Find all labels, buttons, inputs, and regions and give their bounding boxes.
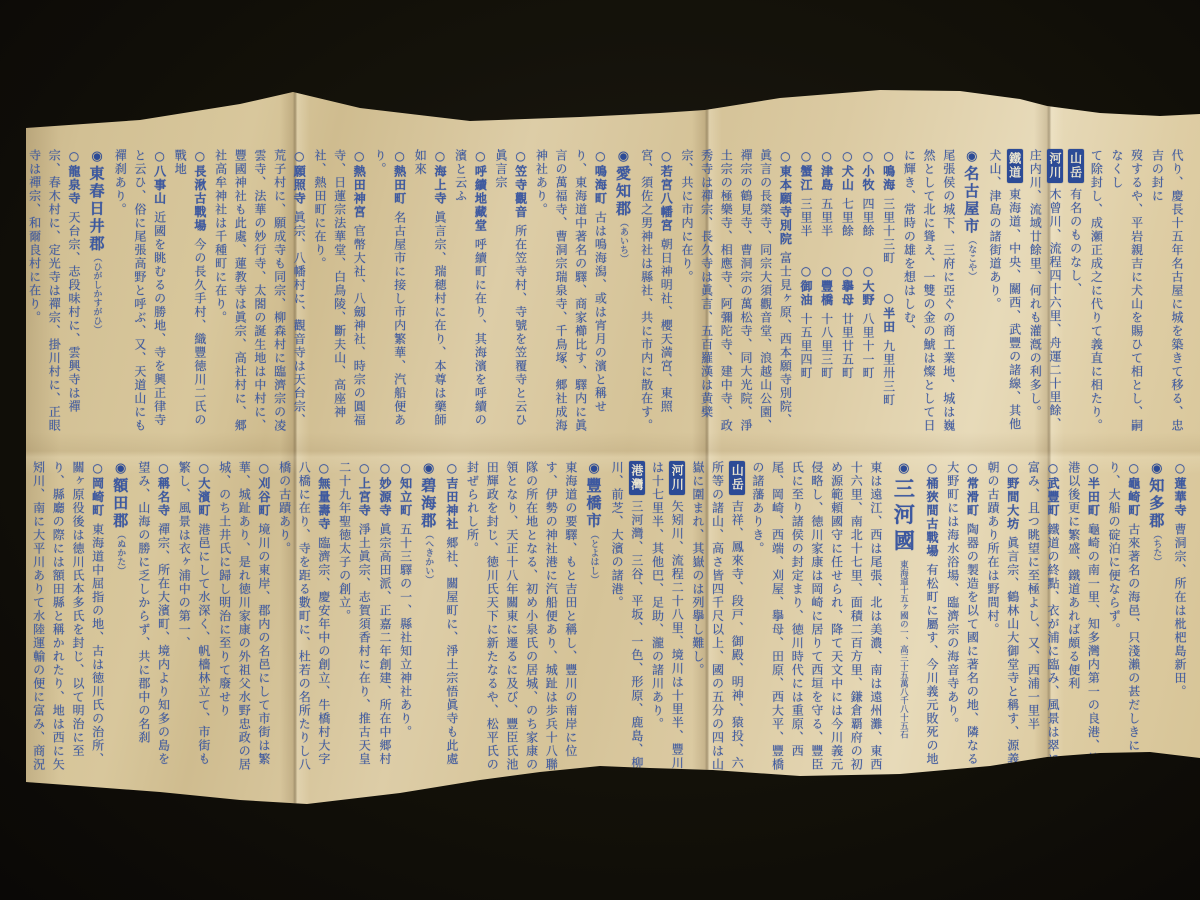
segment-entry: ○無量壽寺臨濟宗、慶安年中の創立、牛橋村大字八橋に在り、寺を距る數町に、杜若の名… (274, 461, 333, 779)
entry-marker-icon: ○ (257, 461, 271, 477)
entry-marker-icon: ○ (820, 149, 834, 165)
entry-marker-icon: ○ (153, 149, 167, 165)
entry-name: 擧母 (840, 280, 854, 307)
segment-pair: ○津島五里半○豐橋十八里三町 (816, 149, 836, 439)
segment-plain: 東海道の要驛、もと吉田と稱し、豐川の南岸に位す、伊勢の神社港に汽船便あり、城趾は… (462, 461, 580, 779)
section-marker-icon: ◉ (113, 461, 128, 478)
entry-name: 武豐町 (1046, 477, 1060, 518)
entry-name: 犬山 (840, 165, 854, 192)
entry-marker-icon: ○ (357, 461, 371, 477)
segment-entry: ○笠寺觀音所在笠寺村、寺號を笠覆寺と云ひ眞言宗 (490, 149, 529, 439)
entry-distance: 七里餘 (840, 198, 854, 239)
entry-name: 常滑町 (965, 477, 979, 518)
segment-entry: ○刈谷町境川の東岸、郡内の名邑にして市街は繁華、城趾あり、是れ徳川家康の外祖父水… (214, 461, 273, 779)
segment-box: 河川木曾川、流程四十六里、舟運二十里餘、庄内川、流域廿餘里、何れも灌漑の利多し。 (1025, 149, 1064, 439)
paragraph-text: 東海道、中央、關西、武豐の諸線、其他犬山、津島の諸街道あり。 (988, 149, 1022, 431)
segment-plain: 尾張侯の城下、三府に亞ぐの商工業地、城は巍然として北に聳え、一雙の金の鯱は燦とし… (899, 149, 958, 439)
segment-section: ◉東春日井郡（ひがしかすがひ） (84, 149, 109, 439)
entry-name: 願照寺 (292, 165, 306, 206)
entry-marker-icon: ○ (778, 149, 792, 165)
section-marker-icon: ◉ (896, 461, 911, 478)
entry-marker-icon: ○ (193, 149, 207, 165)
fold-crease-right (1034, 0, 1064, 900)
segment-entry: ○蓮華寺曹洞宗、所在は枇杷島新田。 (1169, 461, 1189, 779)
entry-marker-icon: ○ (399, 461, 413, 477)
entry-text: 五十三驛の一、縣社知立神社あり。 (399, 523, 413, 739)
text-band-top: 代り、慶長十五年名古屋に城を築きて移る、忠吉の封に歿するや、平岩親吉に犬山を賜ひ… (95, 149, 1187, 439)
entry-distance: 三里十三町 (882, 198, 896, 266)
entry-marker-icon: ○ (820, 264, 834, 280)
segment-section: ◉名古屋市（なこや） (959, 149, 984, 439)
section-title: 名古屋市 (962, 166, 980, 236)
entry-marker-icon: ○ (1006, 461, 1020, 477)
segment-entry: ○龜崎町古來著名の海邑、只淺瀨の甚だしきにより、大船の碇泊に便ならず。 (1103, 461, 1142, 779)
segment-entry: ○妙源寺眞宗高田派、正嘉二年創建、所在中郷村 (374, 461, 394, 779)
entry-marker-icon: ○ (514, 149, 528, 165)
pair-gap (840, 238, 854, 264)
segment-entry: ○願照寺眞宗、八幡村に、觀音寺は天台宗、荒子村に、願成寺も同宗、柳森村に臨濟宗の… (210, 149, 308, 439)
segment-entry: ○龍泉寺天台宗、志段味村に、雲興寺は禪宗、春木村に、定光寺は禪宗、掛川村に、正眼… (24, 149, 83, 439)
entry-distance: 十八里三町 (820, 313, 834, 381)
entry-name: 吉田神社 (445, 477, 459, 531)
section-marker-icon: ◉ (90, 149, 105, 166)
entry-marker-icon: ○ (352, 149, 366, 165)
section-marker-icon: ◉ (587, 461, 602, 478)
entry-name: 鳴海 (882, 165, 896, 192)
paragraph-text: 三河灣、三谷、平坂、一色、形原、鹿島、柳川、前芝、大濱の諸港。 (610, 461, 644, 770)
paragraph-text: 木曾川、流程四十六里、舟運二十里餘、庄内川、流域廿餘里、何れも灌漑の利多し。 (1028, 149, 1062, 431)
entry-name: 内津神社 (7, 165, 21, 219)
entry-name: 龜崎町 (1127, 477, 1141, 518)
entry-text: 眞宗高田派、正嘉二年創建、所在中郷村 (378, 523, 392, 766)
entry-marker-icon: ○ (1173, 461, 1187, 477)
segment-plain: 代り、慶長十五年名古屋に城を築きて移る、忠吉の封に (1147, 149, 1186, 439)
entry-name: 八事山 (153, 165, 167, 206)
section-title: 愛知郡 (614, 166, 632, 219)
entry-marker-icon: ○ (433, 149, 447, 165)
entry-name: 長湫古戰場 (193, 165, 207, 233)
entry-name: 岡崎町 (91, 477, 105, 518)
segment-box: 鐵道東海道、中央、關西、武豐の諸線、其他犬山、津島の諸街道あり。 (984, 149, 1023, 439)
section-title: 三河國 (891, 478, 915, 556)
entry-name: 桶狹間古戰場 (925, 477, 939, 558)
segment-entry: ○八事山近國を眺むるの勝地、寺を興正律寺と云ひ、俗に尾張高野と呼ぶ、又、天道山に… (110, 149, 169, 439)
box-header-label: 港灣 (629, 461, 645, 495)
segment-pair: ○蟹江三里半○御油十五里四町 (795, 149, 815, 439)
entry-name: 野間大坊 (1006, 477, 1020, 531)
entry-marker-icon: ○ (925, 461, 939, 477)
segment-section: ◉知多郡（ちた） (1144, 461, 1169, 779)
entry-marker-icon: ○ (393, 149, 407, 165)
segment-entry: ○知立町五十三驛の一、縣社知立神社あり。 (395, 461, 415, 779)
section-note: 東海道十五ヶ國の一、高三十五萬八千八十五石 (898, 560, 908, 739)
entry-name: 稱名寺 (157, 477, 171, 518)
segment-plain: 東は遠江、西は尾張、北は美濃、南は遠州灘、東西十六里、南北十七里、面積二百方里、… (747, 461, 885, 779)
entry-name: 半田町 (1086, 477, 1100, 518)
segment-section: ◉額田郡（ぬかた） (108, 461, 133, 779)
entry-name: 刈谷町 (257, 477, 271, 518)
pair-gap (820, 238, 834, 264)
entry-text: 曹洞宗、所在は枇杷島新田。 (1173, 523, 1187, 699)
entry-marker-icon: ○ (593, 149, 607, 165)
entry-text: 富士見ヶ原、西本願寺別院、眞言の長榮寺、同宗大須觀音堂、浪越山公園、禪宗の鶴見寺… (680, 149, 792, 433)
section-title: 知多郡 (1147, 478, 1165, 531)
entry-name: 東本願寺別院 (778, 165, 792, 246)
entry-marker-icon: ○ (157, 461, 171, 477)
segment-section: ◉愛知郡（あいち） (610, 149, 635, 439)
segment-box: 山岳有名のものなし、 (1065, 149, 1085, 439)
entry-marker-icon: ○ (1046, 461, 1060, 477)
section-kana: （なこや） (966, 236, 976, 281)
entry-distance: 廿里廿五町 (840, 313, 854, 381)
entry-marker-icon: ○ (0, 461, 5, 477)
text-band-bottom: ○蓮華寺曹洞宗、所在は枇杷島新田。◉知多郡（ちた）○龜崎町古來著名の海邑、只淺瀨… (92, 461, 1190, 779)
entry-name: 海上寺 (433, 165, 447, 206)
entry-distance: 三里半 (799, 198, 813, 239)
entry-marker-icon: ○ (799, 264, 813, 280)
entry-marker-icon: ○ (840, 264, 854, 280)
entry-marker-icon: ○ (473, 149, 487, 165)
entry-distance: 四里餘 (861, 198, 875, 239)
segment-entry: ○稱名寺禪宗、所在大濱町、境内より知多の島を望み、山海の勝に乏しからず、共に郡中… (133, 461, 172, 779)
segment-entry: ○岡崎町東海道中屈指の地、古は徳川氏の治所、關ヶ原役後は徳川氏本多氏を封じ、以て… (8, 461, 106, 779)
entry-name: 蓮華寺 (1173, 477, 1187, 518)
entry-marker-icon: ○ (840, 149, 854, 165)
entry-marker-icon: ○ (317, 461, 331, 477)
entry-marker-icon: ○ (861, 149, 875, 165)
entry-marker-icon: ○ (1086, 461, 1100, 477)
entry-name: 龍泉寺 (67, 165, 81, 206)
entry-marker-icon: ○ (445, 461, 459, 477)
segment-section: ◉三河國東海道十五ヶ國の一、高三十五萬八千八十五石 (886, 461, 920, 779)
entry-marker-icon: ○ (292, 149, 306, 165)
entry-name: 若宮八幡宮 (659, 165, 673, 233)
paper-sheet: 代り、慶長十五年名古屋に城を築きて移る、忠吉の封に歿するや、平岩親吉に犬山を賜ひ… (0, 0, 1200, 900)
entry-text: 郷社、關屋町に、淨土宗悟眞寺も此處 (445, 537, 459, 767)
segment-entry: ○鳴海町古は鳴海潟、或は宵月の濱と稱せり、東海道中著名の驛、商家櫛比す、驛内に眞… (531, 149, 610, 439)
paragraph-text: 東海道の要驛、もと吉田と稱し、豐川の南岸に位す、伊勢の神社港に汽船便あり、城趾は… (466, 461, 578, 772)
entry-marker-icon: ○ (799, 149, 813, 165)
segment-box: 山岳吉祥、鳳來寺、段戸、御殿、明神、猿投、六所等の諸山、高さ皆四千尺以上、國の五… (687, 461, 746, 779)
box-header-label: 山岳 (729, 461, 745, 495)
section-kana: （ちた） (1151, 530, 1161, 566)
entry-name: 上宮寺 (357, 477, 371, 518)
paragraph-text: 東は遠江、西は尾張、北は美濃、南は遠州灘、東西十六里、南北十七里、面積二百方里、… (751, 461, 883, 772)
section-marker-icon: ◉ (1149, 461, 1164, 478)
entry-marker-icon: ○ (378, 461, 392, 477)
entry-name: 鳴海町 (593, 165, 607, 206)
entry-distance: 五里半 (820, 198, 834, 239)
entry-marker-icon: ○ (1127, 461, 1141, 477)
entry-name: 無量壽寺 (317, 477, 331, 531)
entry-text: 縣社、内津村に鎮座、山中に名刹多し (0, 149, 21, 427)
entry-name: 熱田神宮 (352, 165, 366, 219)
segment-entry: ○野間大坊眞言宗、鶴林山大御堂寺と稱す、源義朝の古蹟あり所在は野間村。 (982, 461, 1021, 779)
segment-plain: て除封し、成瀬正成之に代りて義直に相たり。 (1086, 149, 1106, 439)
pair-gap (861, 238, 875, 264)
entry-name: 大濱町 (197, 477, 211, 518)
entry-marker-icon: ○ (861, 264, 875, 280)
segment-entry: ○岡崎公園地域は舊城趾、矢矧の清流を瞰下にのぞむ (0, 461, 7, 779)
segment-entry: ○桶狹間古戰場有松町に屬す、今川義元敗死の地 (921, 461, 941, 779)
box-header-label: 河川 (1047, 149, 1063, 183)
section-kana: （ひがしかすがひ） (92, 253, 102, 334)
entry-name: 津島 (820, 165, 834, 192)
segment-entry: ○呼續地藏堂呼續町に在り、其海濱を呼續の濱と云ふ (450, 149, 489, 439)
entry-distance: 九里卅三町 (882, 340, 896, 408)
entry-marker-icon: ○ (882, 291, 896, 307)
box-header-label: 河川 (669, 461, 685, 495)
entry-marker-icon: ○ (197, 461, 211, 477)
section-marker-icon: ◉ (964, 149, 979, 166)
section-kana: （へきかい） (423, 530, 433, 584)
section-title: 額田郡 (111, 478, 129, 531)
entry-text: 有松町に屬す、今川義元敗死の地 (925, 564, 939, 767)
entry-name: 妙源寺 (378, 477, 392, 518)
entry-name: 豐橋 (820, 280, 834, 307)
entry-marker-icon: ○ (7, 149, 21, 165)
entry-name: 蟹江 (799, 165, 813, 192)
paragraph-text: て除封し、成瀬正成之に代りて義直に相たり。 (1089, 149, 1103, 433)
pair-gap (799, 238, 813, 264)
entry-name: 御油 (799, 280, 813, 307)
segment-entry: ○吉田神社郷社、關屋町に、淨土宗悟眞寺も此處 (441, 461, 461, 779)
entry-distance: 十五里四町 (799, 313, 813, 381)
box-header-label: 山岳 (1068, 149, 1084, 183)
paragraph-text: 吉祥、鳳來寺、段戸、御殿、明神、猿投、六所等の諸山、高さ皆四千尺以上、國の五分の… (691, 461, 744, 772)
section-marker-icon: ◉ (421, 461, 436, 478)
entry-marker-icon: ○ (67, 149, 81, 165)
paragraph-text: 代り、慶長十五年名古屋に城を築きて移る、忠吉の封に (1150, 149, 1184, 433)
section-marker-icon: ◉ (616, 149, 631, 166)
segment-pair: ○鳴海三里十三町○半田九里卅三町 (878, 149, 898, 439)
entry-marker-icon: ○ (882, 149, 896, 165)
entry-name: 知立町 (399, 477, 413, 518)
entry-marker-icon: ○ (659, 149, 673, 165)
section-kana: （とよはし） (589, 530, 599, 584)
entry-name: 熱田町 (393, 165, 407, 206)
paragraph-text: 有名のものなし、 (1069, 188, 1083, 296)
segment-entry: ○半田町龜崎の南一里、知多灣内第一の良港、築港以後更に繁盛、鐵道あれば頗る便利 (1063, 461, 1102, 779)
segment-box: 河川矢矧川、流程二十八里、境川は十里半、豐川は十七里半、其他巴、足助、瀧の諸川あ… (647, 461, 686, 779)
section-title: 東春日井郡 (88, 166, 106, 254)
entry-marker-icon: ○ (91, 461, 105, 477)
segment-entry: ○上宮寺淨土眞宗、志賀須香村に在り、推古天皇二十九年聖徳太子の創立。 (334, 461, 373, 779)
segment-entry: ○熱田神宮官幣大社、八劔神社、時宗の圓福寺、日蓮宗法華堂、白鳥陵、斷夫山、高座神… (309, 149, 368, 439)
pair-gap (882, 265, 896, 291)
section-title: 豐橋市 (585, 478, 603, 531)
segment-entry: ○武豐町鐵道の終點、衣が浦に臨み、風景は翠に富み、且つ眺望に至極よし、又、西浦一… (1023, 461, 1062, 779)
segment-entry: ○若宮八幡宮朝日神明社、櫻天満宮、東照宮、須佐之男神社は縣社、共に市内に散在す。 (636, 149, 675, 439)
entry-name: 小牧 (861, 165, 875, 192)
entry-name: 大野 (861, 280, 875, 307)
segment-section: ◉碧海郡（へきかい） (416, 461, 441, 779)
box-header-label: 鐵道 (1007, 149, 1023, 183)
segment-box: 港灣三河灣、三谷、平坂、一色、形原、鹿島、柳川、前芝、大濱の諸港。 (607, 461, 646, 779)
segment-plain: 歿するや、平岩親吉に犬山を賜ひて相とし、嗣なくし (1106, 149, 1145, 439)
paragraph-text: 尾張侯の城下、三府に亞ぐの商工業地、城は巍然として北に聳え、一雙の金の鯱は燦とし… (902, 149, 955, 433)
segment-entry: ○海上寺眞言宗、瑞穂村に在り、本尊は藥師如來 (410, 149, 449, 439)
entry-distance: 八里十一町 (861, 313, 875, 381)
segment-entry: ○常滑町陶器の製造を以て國に著名の地、隣なる大野町には海水浴場、臨濟宗の海音寺あ… (942, 461, 981, 779)
segment-pair: ○犬山七里餘○擧母廿里廿五町 (837, 149, 857, 439)
entry-name: 笠寺觀音 (514, 165, 528, 219)
photo-background: 代り、慶長十五年名古屋に城を築きて移る、忠吉の封に歿するや、平岩親吉に犬山を賜ひ… (0, 0, 1200, 900)
paragraph-text: 矢矧川、流程二十八里、境川は十里半、豐川は十七里半、其他巴、足助、瀧の諸川あり。 (651, 461, 685, 770)
segment-entry: ○東本願寺別院富士見ヶ原、西本願寺別院、眞言の長榮寺、同宗大須觀音堂、浪越山公園… (676, 149, 794, 439)
segment-pair: ○小牧四里餘○大野八里十一町 (857, 149, 877, 439)
entry-name: 呼續地藏堂 (473, 165, 487, 233)
segment-entry: ○大濱町港邑にして水深く、帆檣林立て、市街も繁し、風景は衣ヶ浦中の第一、 (174, 461, 213, 779)
section-kana: （あいち） (618, 218, 628, 263)
entry-text: 地域は舊城趾、矢矧の清流を瞰下にのぞむ (0, 461, 5, 766)
segment-section: ◉豐橋市（とよはし） (581, 461, 606, 779)
entry-name: 岡崎公園 (0, 477, 5, 531)
segment-entry: ○内津神社縣社、内津村に鎮座、山中に名刹多し (0, 149, 23, 439)
entry-marker-icon: ○ (965, 461, 979, 477)
paragraph-text: 歿するや、平岩親吉に犬山を賜ひて相とし、嗣なくし (1110, 149, 1144, 433)
section-title: 碧海郡 (419, 478, 437, 531)
segment-entry: ○長湫古戰場今の長久手村、織豐徳川二氏の戰地 (170, 149, 209, 439)
entry-name: 半田 (882, 307, 896, 334)
segment-entry: ○熱田町名古屋市に接し市内繁華、汽船便あり。 (369, 149, 408, 439)
section-kana: （ぬかた） (115, 530, 125, 575)
